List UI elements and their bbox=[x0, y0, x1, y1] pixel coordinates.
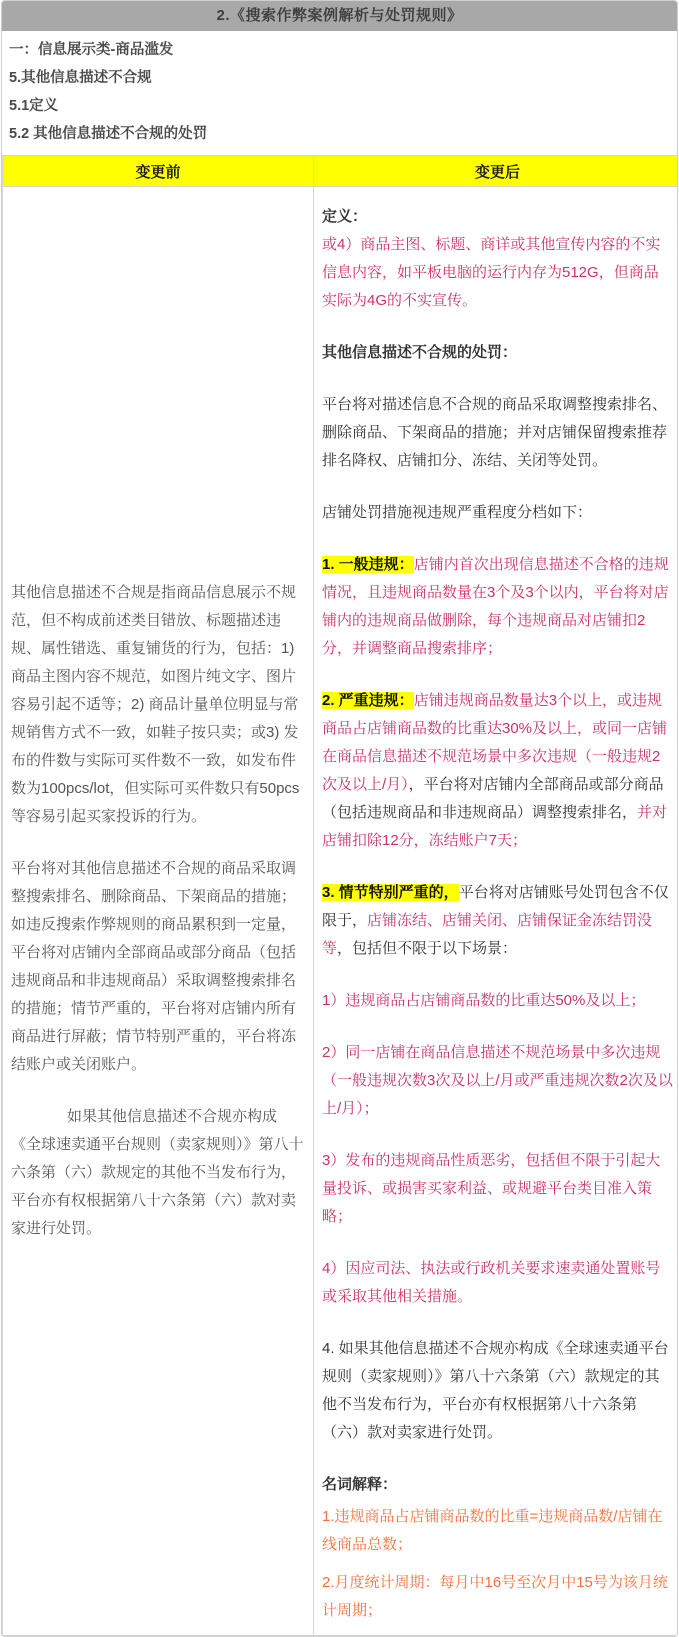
after-scenario-2: 2）同一店铺在商品信息描述不规范场景中多次违规（一般违规次数3次及以上/月或严重… bbox=[322, 1039, 673, 1123]
after-definition-added-text: 或4）商品主图、标题、商详或其他宣传内容的不实信息内容，如平板电脑的运行内存为5… bbox=[322, 231, 673, 315]
after-tier1-general-violation: 1. 一般违规：店铺内首次出现信息描述不合格的违规情况，且违规商品数量在3个及3… bbox=[322, 551, 673, 663]
after-definition-title: 定义： bbox=[322, 203, 673, 231]
column-header-before: 变更前 bbox=[3, 156, 314, 187]
tier2-label-highlight: 2. 严重违规： bbox=[322, 692, 414, 709]
tier3-label-highlight: 3. 情节特别严重的， bbox=[322, 884, 459, 901]
after-cell: 定义： 或4）商品主图、标题、商详或其他宣传内容的不实信息内容，如平板电脑的运行… bbox=[314, 187, 679, 1636]
rule-change-document: 2.《搜索作弊案例解析与处罚规则》 一：信息展示类-商品滥发 5.其他信息描述不… bbox=[1, 0, 678, 1637]
before-cell: 其他信息描述不合规是指商品信息展示不规范，但不构成前述类目错放、标题描述违规、属… bbox=[3, 187, 314, 1636]
heading-definition: 5.1定义 bbox=[9, 92, 670, 120]
page-title: 2.《搜索作弊案例解析与处罚规则》 bbox=[2, 1, 677, 31]
section-headings: 一：信息展示类-商品滥发 5.其他信息描述不合规 5.1定义 5.2 其他信息描… bbox=[2, 31, 677, 155]
table-header-row: 变更前 变更后 bbox=[3, 156, 679, 187]
after-penalty-intro: 平台将对描述信息不合规的商品采取调整搜索排名、删除商品、下架商品的措施；并对店铺… bbox=[322, 391, 673, 475]
tier1-label-highlight: 1. 一般违规： bbox=[322, 556, 414, 573]
after-tier2-serious-violation: 2. 严重违规：店铺违规商品数量达3个以上，或违规商品占店铺商品数的比重达30%… bbox=[322, 687, 673, 855]
after-scenario-3: 3）发布的违规商品性质恶劣，包括但不限于引起大量投诉、或损害买家利益、或规避平台… bbox=[322, 1147, 673, 1231]
heading-rule: 5.其他信息描述不合规 bbox=[9, 64, 670, 92]
after-tier3-extremely-serious: 3. 情节特别严重的，平台将对店铺账号处罚包含不仅限于，店铺冻结、店铺关闭、店铺… bbox=[322, 879, 673, 963]
after-tier-intro: 店铺处罚措施视违规严重程度分档如下： bbox=[322, 499, 673, 527]
after-clause-4: 4. 如果其他信息描述不合规亦构成《全球速卖通平台规则（卖家规则）》第八十六条第… bbox=[322, 1335, 673, 1447]
after-scenario-1: 1）违规商品占店铺商品数的比重达50%及以上； bbox=[322, 987, 673, 1015]
heading-category: 一：信息展示类-商品滥发 bbox=[9, 36, 670, 64]
tier3-text-black2: ，包括但不限于以下场景： bbox=[337, 940, 517, 957]
before-clause-paragraph: 如果其他信息描述不合规亦构成《全球速卖通平台规则（卖家规则）》第八十六条第（六）… bbox=[11, 1103, 305, 1243]
after-glossary-item-1: 1.违规商品占店铺商品数的比重=违规商品数/店铺在线商品总数； bbox=[322, 1503, 673, 1559]
before-penalty-paragraph: 平台将对其他信息描述不合规的商品采取调整搜索排名、删除商品、下架商品的措施；如违… bbox=[11, 855, 305, 1079]
table-content-row: 其他信息描述不合规是指商品信息展示不规范，但不构成前述类目错放、标题描述违规、属… bbox=[3, 187, 679, 1636]
after-scenario-4: 4）因应司法、执法或行政机关要求速卖通处置账号或采取其他相关措施。 bbox=[322, 1255, 673, 1311]
column-header-after: 变更后 bbox=[314, 156, 679, 187]
after-glossary-item-2: 2.月度统计周期：每月中16号至次月中15号为该月统计周期； bbox=[322, 1569, 673, 1625]
before-definition-paragraph: 其他信息描述不合规是指商品信息展示不规范，但不构成前述类目错放、标题描述违规、属… bbox=[11, 579, 305, 831]
heading-penalty: 5.2 其他信息描述不合规的处罚 bbox=[9, 120, 670, 148]
after-penalty-title: 其他信息描述不合规的处罚： bbox=[322, 339, 673, 367]
after-glossary-title: 名词解释： bbox=[322, 1471, 673, 1499]
change-comparison-table: 变更前 变更后 其他信息描述不合规是指商品信息展示不规范，但不构成前述类目错放、… bbox=[2, 155, 678, 1636]
